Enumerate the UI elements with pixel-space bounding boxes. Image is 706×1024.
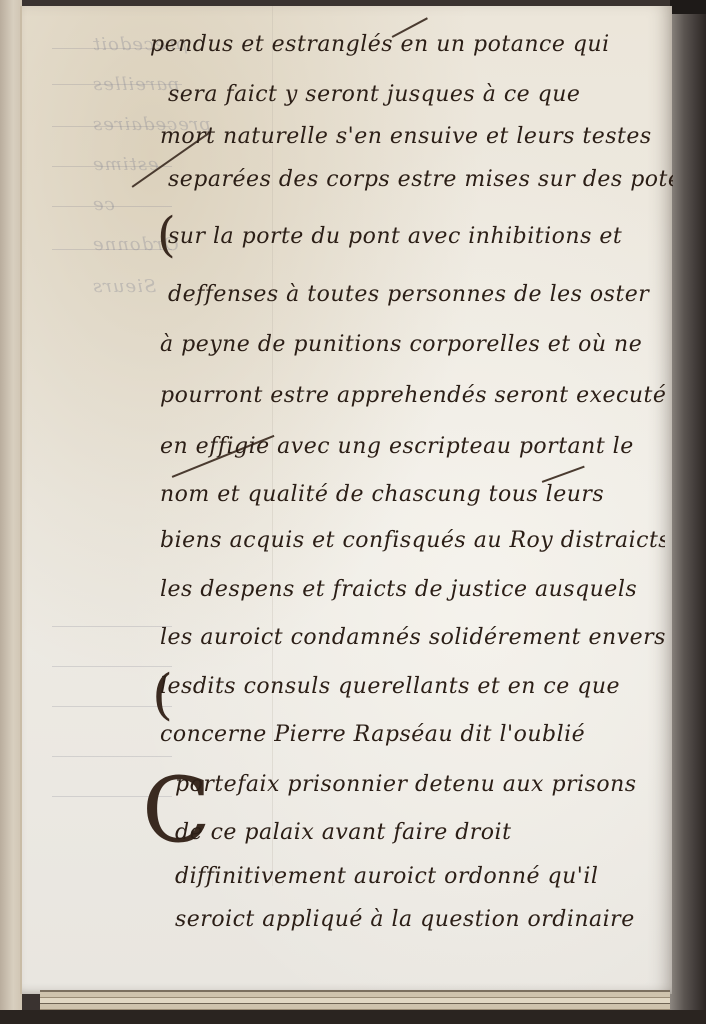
manuscript-line: lesdits consuls querellants et en ce que <box>160 672 665 702</box>
manuscript-line: de ce palaix avant faire droit <box>175 818 680 848</box>
manuscript-line: nom et qualité de chascung tous leurs <box>160 480 665 510</box>
binding-bottom <box>0 1010 706 1024</box>
bleed-text: Sieurs <box>92 276 156 297</box>
manuscript-line: diffinitivement auroict ordonné qu'il <box>175 862 680 892</box>
manuscript-line: sur la porte du pont avec inhibitions et <box>168 222 673 252</box>
bleed-text: pareilles <box>92 74 180 95</box>
manuscript-line: pendus et estranglés en un potance qui <box>150 30 655 60</box>
manuscript-scan: precedoit pareilles precedaires estime c… <box>0 0 706 1024</box>
left-page-edge <box>0 0 22 1024</box>
binding-corner <box>670 0 706 14</box>
manuscript-line: seroict appliqué à la question ordinaire <box>175 905 680 935</box>
bleed-text: ce <box>92 194 115 215</box>
manuscript-line: à peyne de punitions corporelles et où n… <box>160 330 665 360</box>
bleed-text: estime <box>92 154 159 175</box>
manuscript-line: les auroict condamnés solidérement enver… <box>160 623 665 653</box>
manuscript-line: portefaix prisonnier detenu aux prisons <box>175 770 680 800</box>
manuscript-line: pourront estre apprehendés seront execut… <box>160 381 665 411</box>
bleed-ruling <box>52 756 172 757</box>
manuscript-line: en effigie avec ung escripteau portant l… <box>160 432 665 462</box>
manuscript-line: les despens et fraicts de justice ausque… <box>160 575 665 605</box>
manuscript-line: concerne Pierre Rapséau dit l'oublié <box>160 720 665 750</box>
bleed-ruling <box>52 626 172 627</box>
manuscript-line: sera faict y seront jusques à ce que <box>168 80 673 110</box>
manuscript-line: separées des corps estre mises sur des p… <box>168 165 673 195</box>
manuscript-line: deffenses à toutes personnes de les oste… <box>168 280 673 310</box>
manuscript-line: mort naturelle s'en ensuive et leurs tes… <box>160 122 665 152</box>
manuscript-line: biens acquis et confisqués au Roy distra… <box>160 526 665 556</box>
